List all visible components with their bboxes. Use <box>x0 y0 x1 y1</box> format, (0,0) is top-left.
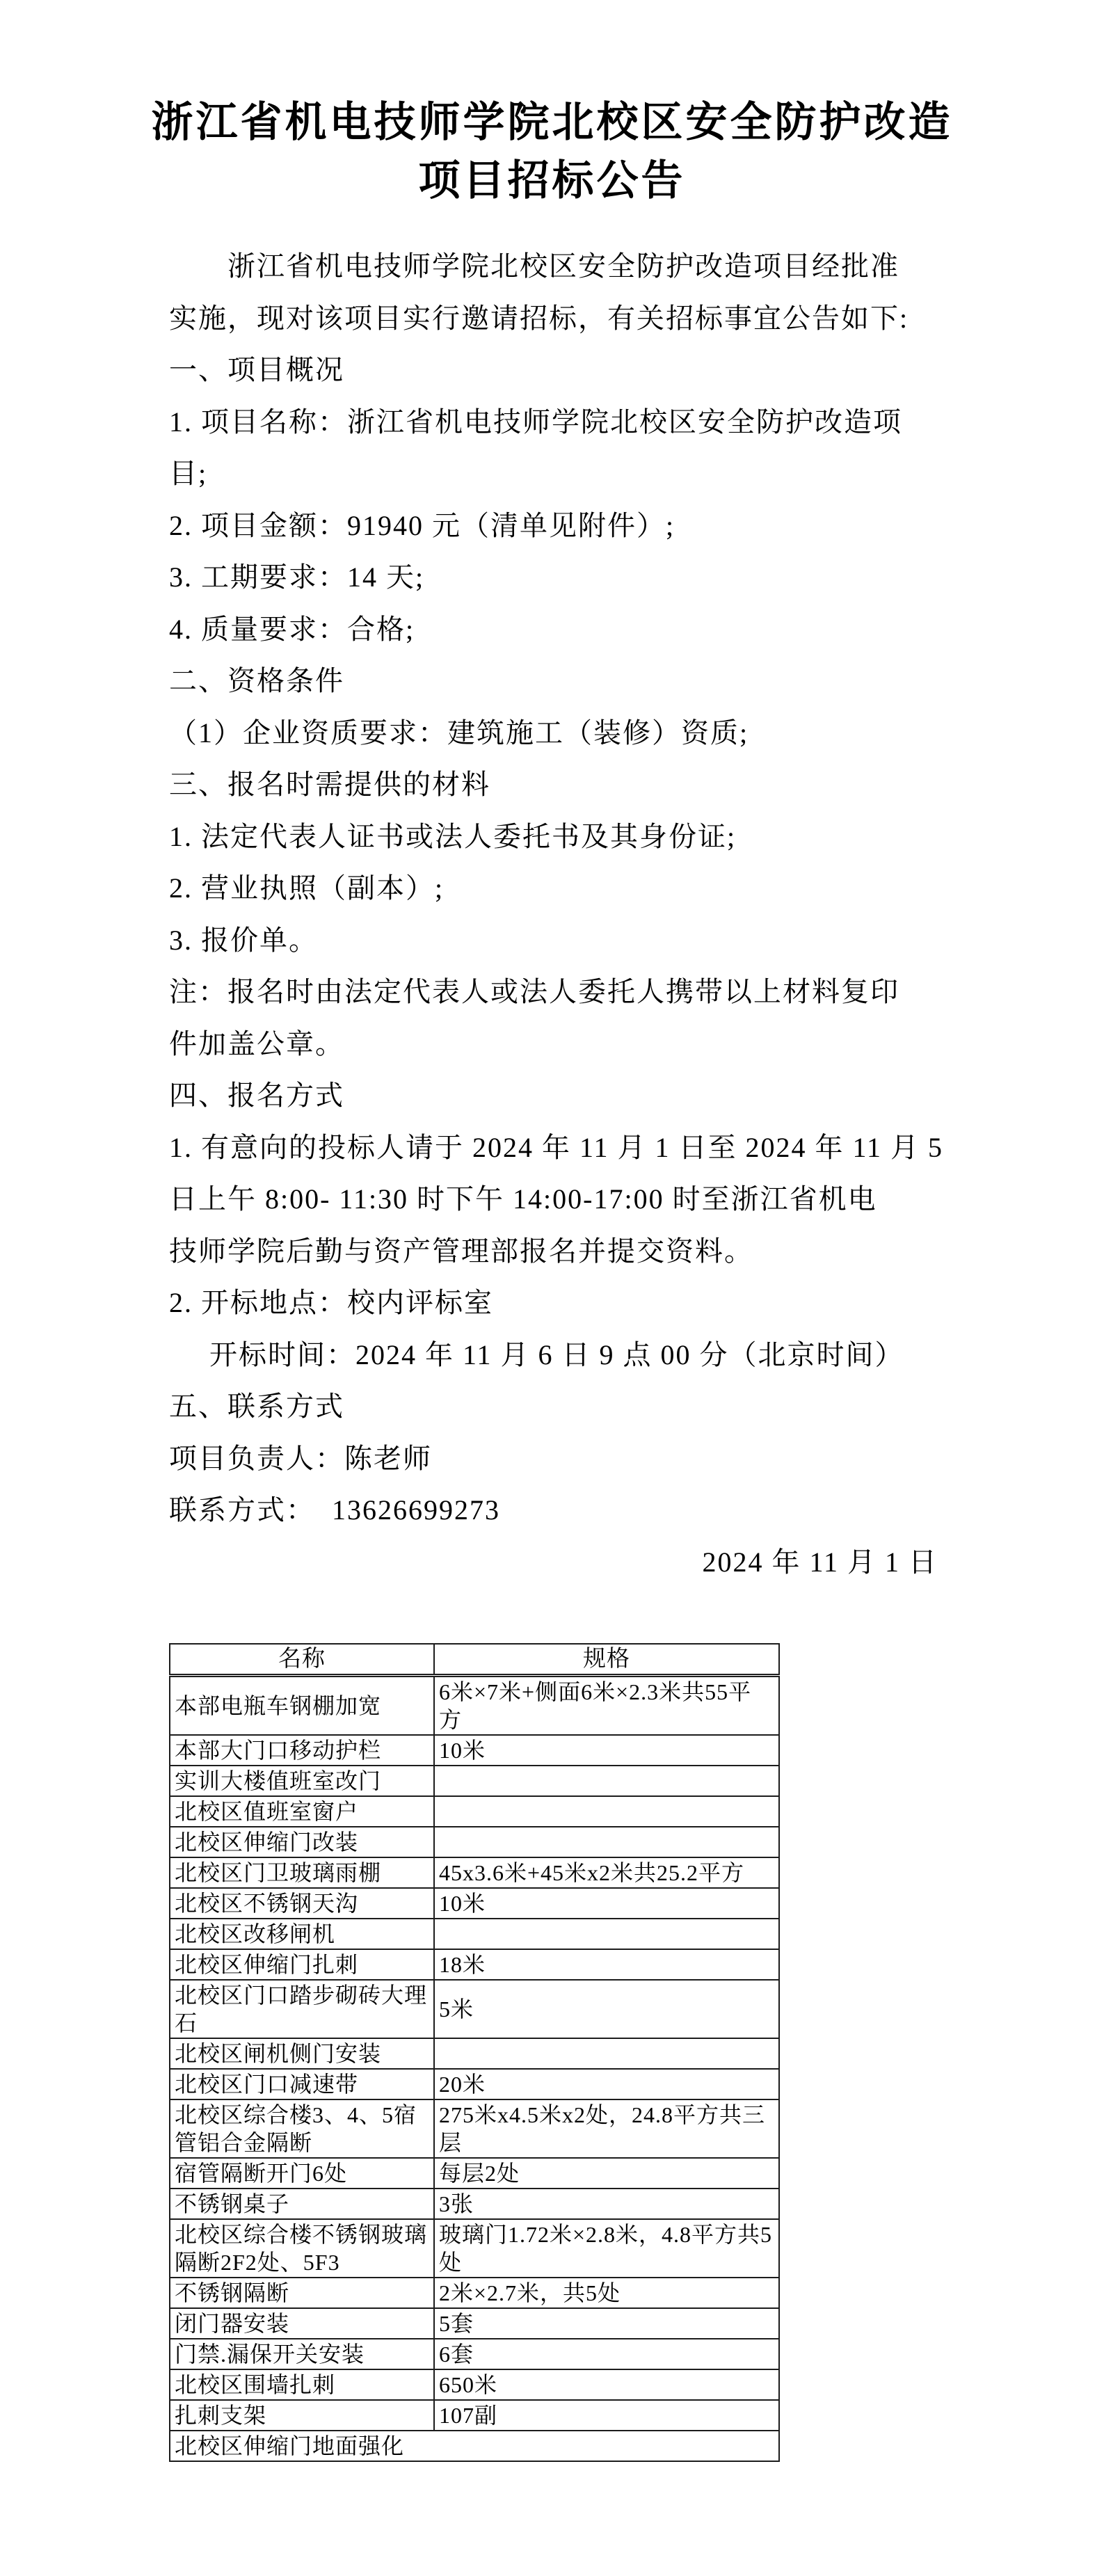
table-row: 北校区伸缩门扎刺18米 <box>170 1949 779 1980</box>
item-spec-cell: 107副 <box>434 2400 779 2431</box>
item-name-cell: 北校区综合楼3、4、5宿管铝合金隔断 <box>170 2099 434 2158</box>
item-spec-cell: 18米 <box>434 1949 779 1980</box>
item-spec-cell: 6米×7米+侧面6米×2.3米共55平方 <box>434 1676 779 1736</box>
table-row: 北校区不锈钢天沟10米 <box>170 1888 779 1919</box>
table-header-row: 名称 规格 <box>170 1644 779 1676</box>
item-name-cell: 门禁.漏保开关安装 <box>170 2339 434 2369</box>
table-row: 北校区门口减速带20米 <box>170 2069 779 2099</box>
table-row: 北校区门口踏步砌砖大理石5米 <box>170 1980 779 2038</box>
table-row: 宿管隔断开门6处每层2处 <box>170 2158 779 2189</box>
item-name-cell: 北校区改移闸机 <box>170 1919 434 1949</box>
section-heading-4: 四、报名方式 <box>169 1070 938 1122</box>
section-heading-5: 五、联系方式 <box>169 1381 938 1433</box>
title-line-1: 浙江省机电技师学院北校区安全防护改造 <box>0 93 1104 152</box>
table-row: 北校区围墙扎刺650米 <box>170 2369 779 2400</box>
item-name-cell: 实训大楼值班室改门 <box>170 1766 434 1796</box>
body-line: 2. 营业执照（副本）; <box>169 863 938 915</box>
table-row: 不锈钢隔断2米×2.7米，共5处 <box>170 2278 779 2308</box>
table-row: 北校区门卫玻璃雨棚45x3.6米+45米x2米共25.2平方 <box>170 1857 779 1888</box>
table-row: 北校区闸机侧门安装 <box>170 2038 779 2069</box>
note-line: 件加盖公章。 <box>169 1018 938 1071</box>
table-row: 不锈钢桌子3张 <box>170 2189 779 2219</box>
document-body: 浙江省机电技师学院北校区安全防护改造项目经批准 实施，现对该项目实行邀请招标，有… <box>169 241 938 1588</box>
note-line: 注：报名时由法定代表人或法人委托人携带以上材料复印 <box>169 966 938 1018</box>
body-line: （1）企业资质要求：建筑施工（装修）资质; <box>169 707 938 760</box>
item-spec-cell: 3张 <box>434 2189 779 2219</box>
item-spec-cell <box>434 1766 779 1796</box>
item-name-cell: 北校区值班室窗户 <box>170 1796 434 1827</box>
body-line: 目; <box>169 448 938 500</box>
table-row: 北校区综合楼不锈钢玻璃隔断2F2处、5F3玻璃门1.72米×2.8米，4.8平方… <box>170 2219 779 2278</box>
item-spec-cell <box>434 1796 779 1827</box>
specification-table: 名称 规格 本部电瓶车钢棚加宽6米×7米+侧面6米×2.3米共55平方 本部大门… <box>169 1643 780 2462</box>
item-name-cell: 不锈钢隔断 <box>170 2278 434 2308</box>
body-line: 1. 法定代表人证书或法人委托书及其身份证; <box>169 811 938 863</box>
col-header-name: 名称 <box>170 1644 434 1676</box>
item-name-cell: 北校区闸机侧门安装 <box>170 2038 434 2069</box>
title-line-2: 项目招标公告 <box>0 152 1104 210</box>
body-line: 浙江省机电技师学院北校区安全防护改造项目经批准 <box>169 241 938 293</box>
item-spec-cell: 5米 <box>434 1980 779 2038</box>
item-name-cell: 本部电瓶车钢棚加宽 <box>170 1676 434 1736</box>
body-line: 2. 开标地点：校内评标室 <box>169 1277 938 1329</box>
item-name-cell: 北校区不锈钢天沟 <box>170 1888 434 1919</box>
body-line: 日上午 8:00- 11:30 时下午 14:00-17:00 时至浙江省机电 <box>169 1174 938 1226</box>
item-spec-cell: 10米 <box>434 1735 779 1766</box>
body-line: 开标时间：2024 年 11 月 6 日 9 点 00 分（北京时间） <box>169 1329 938 1382</box>
item-spec-cell: 每层2处 <box>434 2158 779 2189</box>
table-row: 实训大楼值班室改门 <box>170 1766 779 1796</box>
table-row: 北校区改移闸机 <box>170 1919 779 1949</box>
document-title: 浙江省机电技师学院北校区安全防护改造 项目招标公告 <box>0 93 1104 210</box>
item-name-cell: 宿管隔断开门6处 <box>170 2158 434 2189</box>
table-row: 扎刺支架107副 <box>170 2400 779 2431</box>
date-line: 2024 年 11 月 1 日 <box>169 1537 938 1589</box>
item-name-cell: 北校区门口减速带 <box>170 2069 434 2099</box>
item-name-cell: 闭门器安装 <box>170 2308 434 2339</box>
body-line: 技师学院后勤与资产管理部报名并提交资料。 <box>169 1226 938 1278</box>
table-row: 北校区伸缩门改装 <box>170 1827 779 1857</box>
table-row: 本部大门口移动护栏10米 <box>170 1735 779 1766</box>
item-spec-cell: 10米 <box>434 1888 779 1919</box>
item-name-cell: 不锈钢桌子 <box>170 2189 434 2219</box>
item-spec-cell: 650米 <box>434 2369 779 2400</box>
body-line: 实施，现对该项目实行邀请招标，有关招标事宜公告如下: <box>169 293 938 345</box>
contact-person-line: 项目负责人：陈老师 <box>169 1433 938 1485</box>
table-row-merged: 北校区伸缩门地面强化 <box>170 2431 779 2461</box>
merged-row-cell: 北校区伸缩门地面强化 <box>170 2431 779 2461</box>
item-spec-cell: 275米x4.5米x2处，24.8平方共三层 <box>434 2099 779 2158</box>
body-line: 4. 质量要求：合格; <box>169 604 938 656</box>
table-row: 北校区综合楼3、4、5宿管铝合金隔断275米x4.5米x2处，24.8平方共三层 <box>170 2099 779 2158</box>
table-row: 门禁.漏保开关安装6套 <box>170 2339 779 2369</box>
section-heading-3: 三、报名时需提供的材料 <box>169 759 938 811</box>
item-spec-cell: 玻璃门1.72米×2.8米，4.8平方共5处 <box>434 2219 779 2278</box>
item-name-cell: 北校区综合楼不锈钢玻璃隔断2F2处、5F3 <box>170 2219 434 2278</box>
item-spec-cell: 45x3.6米+45米x2米共25.2平方 <box>434 1857 779 1888</box>
item-name-cell: 北校区伸缩门扎刺 <box>170 1949 434 1980</box>
table-row: 北校区值班室窗户 <box>170 1796 779 1827</box>
col-header-spec: 规格 <box>434 1644 779 1676</box>
item-name-cell: 本部大门口移动护栏 <box>170 1735 434 1766</box>
section-heading-2: 二、资格条件 <box>169 655 938 707</box>
item-spec-cell: 6套 <box>434 2339 779 2369</box>
body-line: 1. 有意向的投标人请于 2024 年 11 月 1 日至 2024 年 11 … <box>169 1122 938 1174</box>
item-spec-cell: 20米 <box>434 2069 779 2099</box>
item-spec-cell: 5套 <box>434 2308 779 2339</box>
item-name-cell: 北校区伸缩门改装 <box>170 1827 434 1857</box>
item-spec-cell <box>434 2038 779 2069</box>
item-name-cell: 北校区围墙扎刺 <box>170 2369 434 2400</box>
body-line: 1. 项目名称：浙江省机电技师学院北校区安全防护改造项 <box>169 397 938 449</box>
body-line: 3. 报价单。 <box>169 915 938 967</box>
item-spec-cell: 2米×2.7米，共5处 <box>434 2278 779 2308</box>
body-line: 3. 工期要求：14 天; <box>169 552 938 604</box>
document-page: 浙江省机电技师学院北校区安全防护改造 项目招标公告 浙江省机电技师学院北校区安全… <box>0 0 1104 2576</box>
item-name-cell: 北校区门卫玻璃雨棚 <box>170 1857 434 1888</box>
table-row: 本部电瓶车钢棚加宽6米×7米+侧面6米×2.3米共55平方 <box>170 1676 779 1736</box>
item-spec-cell <box>434 1827 779 1857</box>
item-spec-cell <box>434 1919 779 1949</box>
item-name-cell: 扎刺支架 <box>170 2400 434 2431</box>
contact-phone-line: 联系方式： 13626699273 <box>169 1485 938 1537</box>
item-name-cell: 北校区门口踏步砌砖大理石 <box>170 1980 434 2038</box>
section-heading-1: 一、项目概况 <box>169 344 938 397</box>
body-line: 2. 项目金额：91940 元（清单见附件）; <box>169 500 938 552</box>
table-row: 闭门器安装5套 <box>170 2308 779 2339</box>
